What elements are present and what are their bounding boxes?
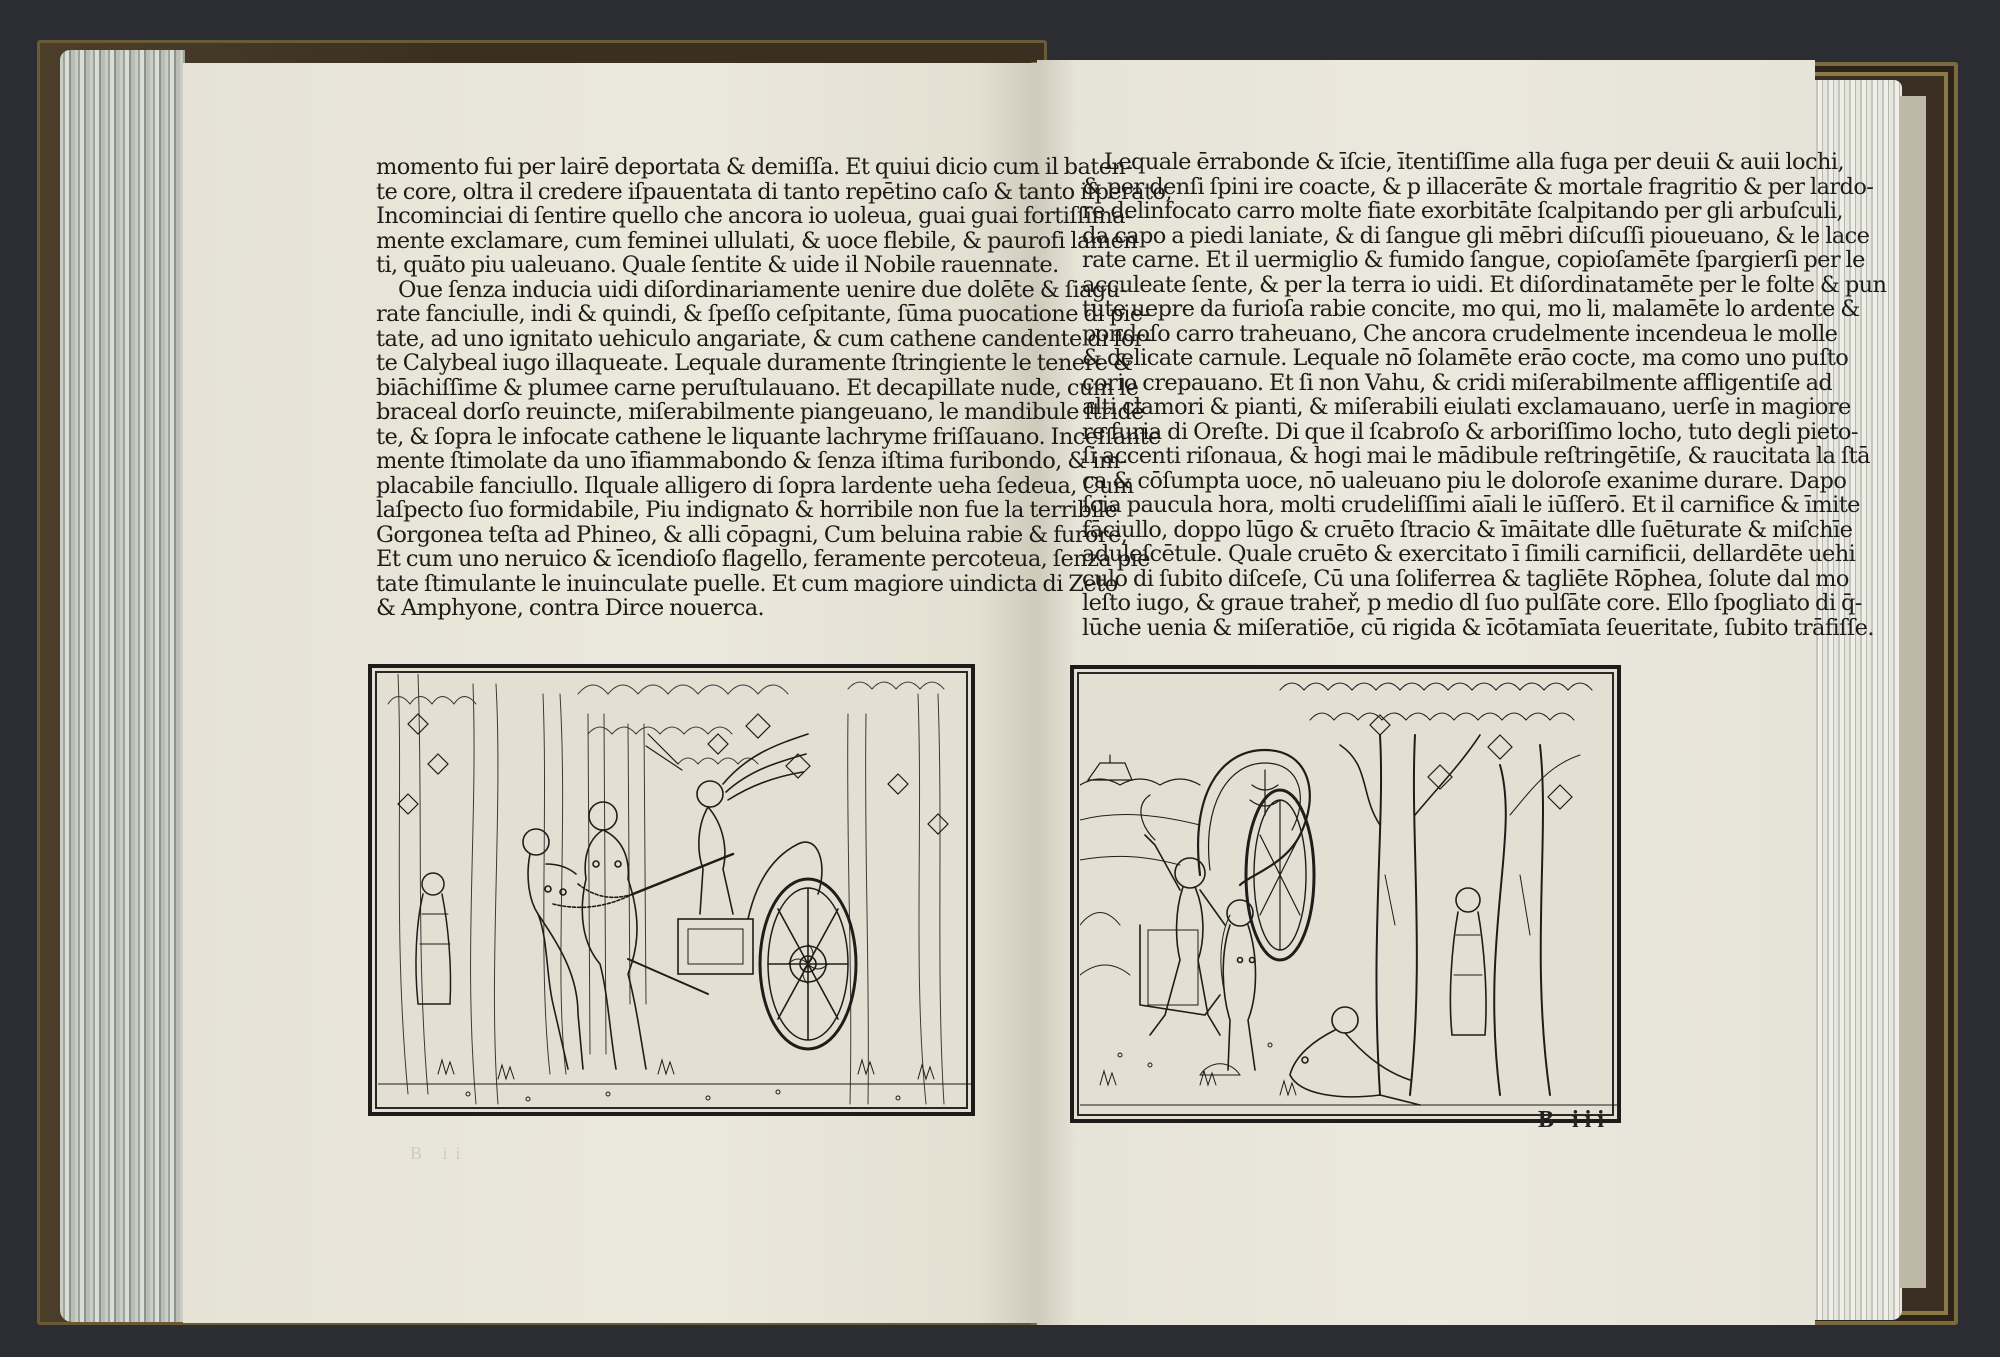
text-line: Gorgonea teſta ad Phineo, & alli cōpagni… — [376, 523, 991, 548]
paragraph-start-line: Lequale ērrabonde & īſcie, ītentiſſime a… — [1082, 150, 1642, 175]
text-line: laſpecto ſuo formidabile, Piu indignato … — [376, 498, 991, 523]
text-line: momento fui per lairē deportata & demiſſ… — [376, 155, 991, 180]
woodcut-slain-maiden-scene-icon — [1080, 675, 1619, 1121]
text-line: acculeate ſente, & per la terra io uidi.… — [1082, 273, 1642, 298]
text-line: mente ſtimolate da uno īfiammabondo & ſe… — [376, 449, 991, 474]
text-line: biāchiſſime & plumee carne peruſtulauano… — [376, 376, 991, 401]
text-line: Incominciai di ſentire quello che ancora… — [376, 204, 991, 229]
text-line: Et cum uno neruico & īcendioſo flagello,… — [376, 547, 991, 572]
left-page-text: momento fui per lairē deportata & demiſſ… — [376, 155, 991, 621]
woodcut-illustration-left — [368, 664, 975, 1116]
text-line: ti, quāto piu ualeuano. Quale ſentite & … — [376, 253, 991, 278]
text-line: corio crepauano. Et ſi non Vahu, & cridi… — [1082, 371, 1642, 396]
text-line: re delinfocato carro molte fiate exorbit… — [1082, 199, 1642, 224]
text-line: fāciullo, doppo lūgo & cruēto ſtracio & … — [1082, 518, 1642, 543]
page-block-left — [60, 50, 185, 1322]
text-line: & delicate carnule. Lequale nō ſolamēte … — [1082, 346, 1642, 371]
text-line: te, & ſopra le infocate cathene le liqua… — [376, 425, 991, 450]
text-line: te Calybeal iugo illaqueate. Lequale dur… — [376, 351, 991, 376]
text-line: lūche uenia & miſeratiōe, cū rigida & īc… — [1082, 616, 1642, 641]
text-line: tate, ad uno ignitato uehiculo angariate… — [376, 327, 991, 352]
text-line: ſi accenti riſonaua, & hogi mai le mādib… — [1082, 444, 1642, 469]
pastedown — [1900, 96, 1926, 1288]
show-through-signature: B ii — [410, 1143, 469, 1164]
text-line: placabile fanciullo. Ilquale alligero di… — [376, 474, 991, 499]
text-line: da capo a piedi laniate, & di ſangue gli… — [1082, 224, 1642, 249]
text-line: tute uepre da furioſa rabie concite, mo … — [1082, 297, 1642, 322]
text-line: mente exclamare, cum feminei ullulati, &… — [376, 229, 991, 254]
text-line: leſto iugo, & graue traheř, p medio dl ſ… — [1082, 591, 1642, 616]
text-line: alti clamori & pianti, & miſerabili eiul… — [1082, 395, 1642, 420]
text-line: & per denſi ſpini ire coacte, & p illace… — [1082, 175, 1642, 200]
text-line: & Amphyone, contra Dirce nouerca. — [376, 596, 991, 621]
paragraph-start-line: Oue ſenza inducia uidi diſordinariamente… — [376, 278, 991, 303]
signature-mark: B iii — [1538, 1107, 1610, 1134]
text-line: culo di ſubito diſceſe, Cū una ſoliferre… — [1082, 567, 1642, 592]
text-line: braceal dorſo reuincte, miſerabilmente p… — [376, 400, 991, 425]
woodcut-illustration-right — [1070, 665, 1621, 1123]
right-page-text: Lequale ērrabonde & īſcie, ītentiſſime a… — [1082, 150, 1642, 640]
woodcut-chariot-scene-icon — [378, 674, 973, 1114]
text-line: rate fanciulle, indi & quindi, & ſpeſſo … — [376, 302, 991, 327]
text-line: ſcia paucula hora, molti crudeliſſimi aī… — [1082, 493, 1642, 518]
text-line: rate carne. Et il uermiglio & fumido ſan… — [1082, 248, 1642, 273]
text-line: aduleſcētule. Quale cruēto & exercitato … — [1082, 542, 1642, 567]
text-line: re furia di Oreſte. Di que il ſcabroſo &… — [1082, 420, 1642, 445]
text-line: te core, oltra il credere iſpauentata di… — [376, 180, 991, 205]
text-line: ca & cōſumpta uoce, nō ualeuano piu le d… — [1082, 469, 1642, 494]
text-line: pondoſo carro traheuano, Che ancora crud… — [1082, 322, 1642, 347]
text-line: tate ſtimulante le inuinculate puelle. E… — [376, 572, 991, 597]
